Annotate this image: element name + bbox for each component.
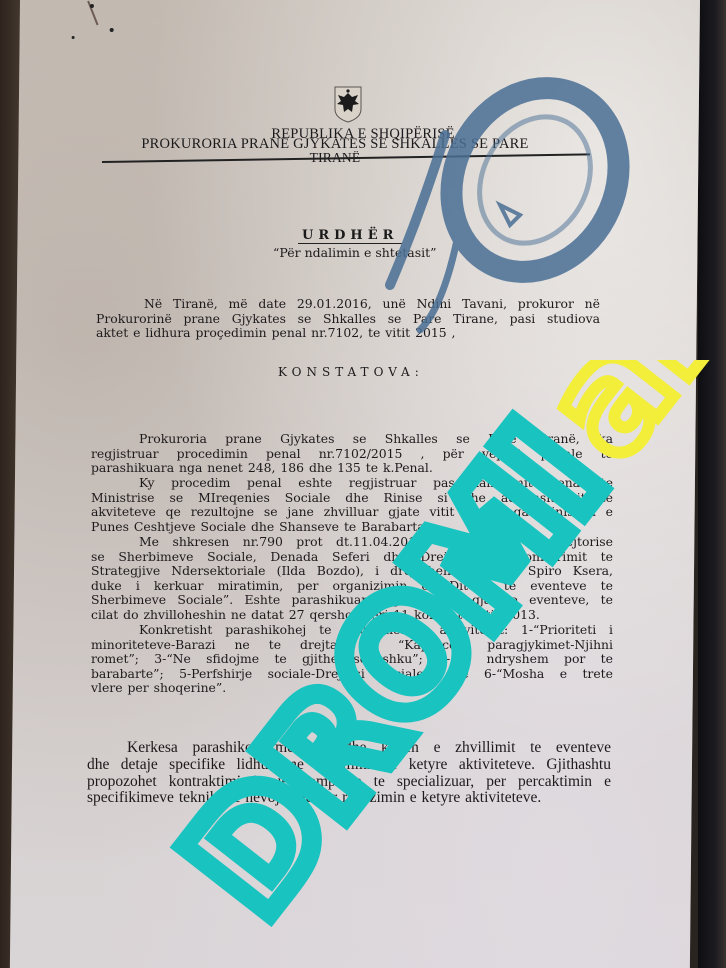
paragraph-3: Me shkresen nr.790 prot dt.11.04.2013, D… <box>91 535 613 622</box>
paragraph-line: Ky procedim penal eshte regjistruar pas … <box>91 476 613 491</box>
intro-line: Prokurorinë prane Gjykates se Shkalles s… <box>96 312 600 327</box>
paragraph-line: romet”; 3-“Ne sfidojme te gjithe sebashk… <box>91 652 613 667</box>
paragraph-4: Konkretisht parashikohej te zhvilloheshi… <box>91 623 613 696</box>
paragraph-line: parashikuara nga nenet 248, 186 dhe 135 … <box>91 461 613 476</box>
paragraph-line: specifikimeve teknike te nevojshme per r… <box>87 790 611 807</box>
paragraph-line: regjistruar procedimin penal nr.7102/201… <box>91 447 613 462</box>
paragraph-line: Prokuroria prane Gjykates se Shkalles se… <box>91 432 613 447</box>
paragraph-1: Prokuroria prane Gjykates se Shkalles se… <box>91 432 613 476</box>
paragraph-line: vlere per shoqerine”. <box>91 681 613 696</box>
document-subtitle: “Për ndalimin e shtetasit” <box>273 245 437 260</box>
paragraph-line: cilat do zhvilloheshin ne datat 27 qersh… <box>91 608 613 623</box>
paragraph-line: Kerkesa parashikon menyren dhe kohen e z… <box>87 740 611 757</box>
paragraph-line: Sherbimeve Sociale”. Eshte parashikuar o… <box>91 593 613 608</box>
paragraph-line: akviteteve qe rezultojne se jane zhvillu… <box>91 505 613 520</box>
paragraph-line: se Sherbimeve Sociale, Denada Seferi dhe… <box>91 550 613 565</box>
speck <box>110 28 114 32</box>
section-heading: KONSTATOVA: <box>278 365 424 379</box>
paragraph-line: Strategjive Ndersektoriale (Ilda Bozdo),… <box>91 564 613 579</box>
paragraph-5: Kerkesa parashikon menyren dhe kohen e z… <box>87 740 611 807</box>
intro-paragraph: Në Tiranë, më date 29.01.2016, unë Ndini… <box>96 297 600 341</box>
paragraph-line: minoriteteve-Barazi ne te drejta”; 2- “K… <box>91 638 613 653</box>
paragraph-line: Punes Ceshtjeve Sociale dhe Shanseve te … <box>91 520 613 535</box>
intro-line: aktet e lidhura proçedimin penal nr.7102… <box>96 326 600 341</box>
background-right <box>698 0 726 968</box>
albania-coat-of-arms-icon <box>333 85 363 123</box>
paragraph-line: Me shkresen nr.790 prot dt.11.04.2013, D… <box>91 535 613 550</box>
paragraph-line: propozohet kontraktimi i nje kompanie te… <box>87 774 611 791</box>
paragraph-line: duke i kerkuar miratimin, per organizimi… <box>91 579 613 594</box>
paragraph-line: Ministrise se MIreqenies Sociale dhe Rin… <box>91 491 613 506</box>
paragraph-line: barabarte”; 5-Perfshirje sociale-Drejtes… <box>91 667 613 682</box>
speck <box>90 4 94 8</box>
paragraph-line: Konkretisht parashikohej te zhvilloheshi… <box>91 623 613 638</box>
paragraph-2: Ky procedim penal eshte regjistruar pas … <box>91 476 613 534</box>
intro-line: Në Tiranë, më date 29.01.2016, unë Ndini… <box>96 297 600 312</box>
paragraph-line: dhe detaje specifike lidhur me zhvillimi… <box>87 757 611 774</box>
speck <box>72 36 75 39</box>
document-title: URDHËR <box>298 228 402 244</box>
